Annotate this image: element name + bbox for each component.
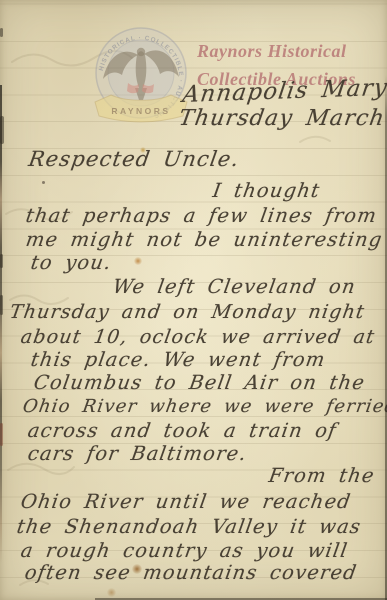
letter-line: this place. We went from — [29, 348, 327, 372]
paper-edge-mark — [0, 254, 3, 268]
letter-line: From the — [267, 464, 377, 488]
letter-line: Thursday and on Monday night — [8, 300, 367, 324]
letter-line: about 10, oclock we arrived at — [19, 325, 377, 349]
letter-line: I thought — [211, 179, 322, 203]
letter-line: Ohio River where we were ferried — [21, 395, 387, 419]
paper-edge-mark — [0, 295, 3, 315]
letter-line: We left Cleveland on — [111, 275, 358, 299]
letter-date-line: Thursday March 13th/64. — [177, 107, 387, 131]
letter-photo: HISTORICAL · COLLECTIBLE · AUCTIONS RAYN… — [0, 0, 387, 600]
paper-edge-mark — [0, 28, 3, 37]
ink-stain — [42, 181, 45, 184]
letter-line: cars for Baltimore. — [26, 442, 249, 466]
letter-line: often see mountains covered — [23, 561, 359, 585]
watermark-line-1: Raynors Historical — [197, 41, 347, 62]
letter-line: Columbus to Bell Air on the — [32, 371, 367, 395]
letter-line: a rough country as you will — [19, 539, 350, 563]
letter-line: Ohio River until we reached — [19, 490, 353, 514]
letter-line: across and took a train of — [26, 419, 339, 443]
paper-edge-mark — [0, 116, 4, 144]
seal-ribbon-text: RAYNORS — [111, 106, 170, 116]
paper-edge-left — [0, 85, 2, 563]
letter-line: that perhaps a few lines from — [24, 204, 379, 228]
letter-line: me might not be uninteresting — [24, 228, 384, 252]
letter-line: to you. — [29, 251, 114, 275]
letter-salutation: Respected Uncle. — [27, 147, 241, 171]
letter-line: the Shenandoah Valley it was — [15, 515, 363, 539]
paper-edge-mark — [0, 423, 3, 446]
ink-stain — [134, 257, 142, 265]
ink-stain — [107, 588, 116, 597]
